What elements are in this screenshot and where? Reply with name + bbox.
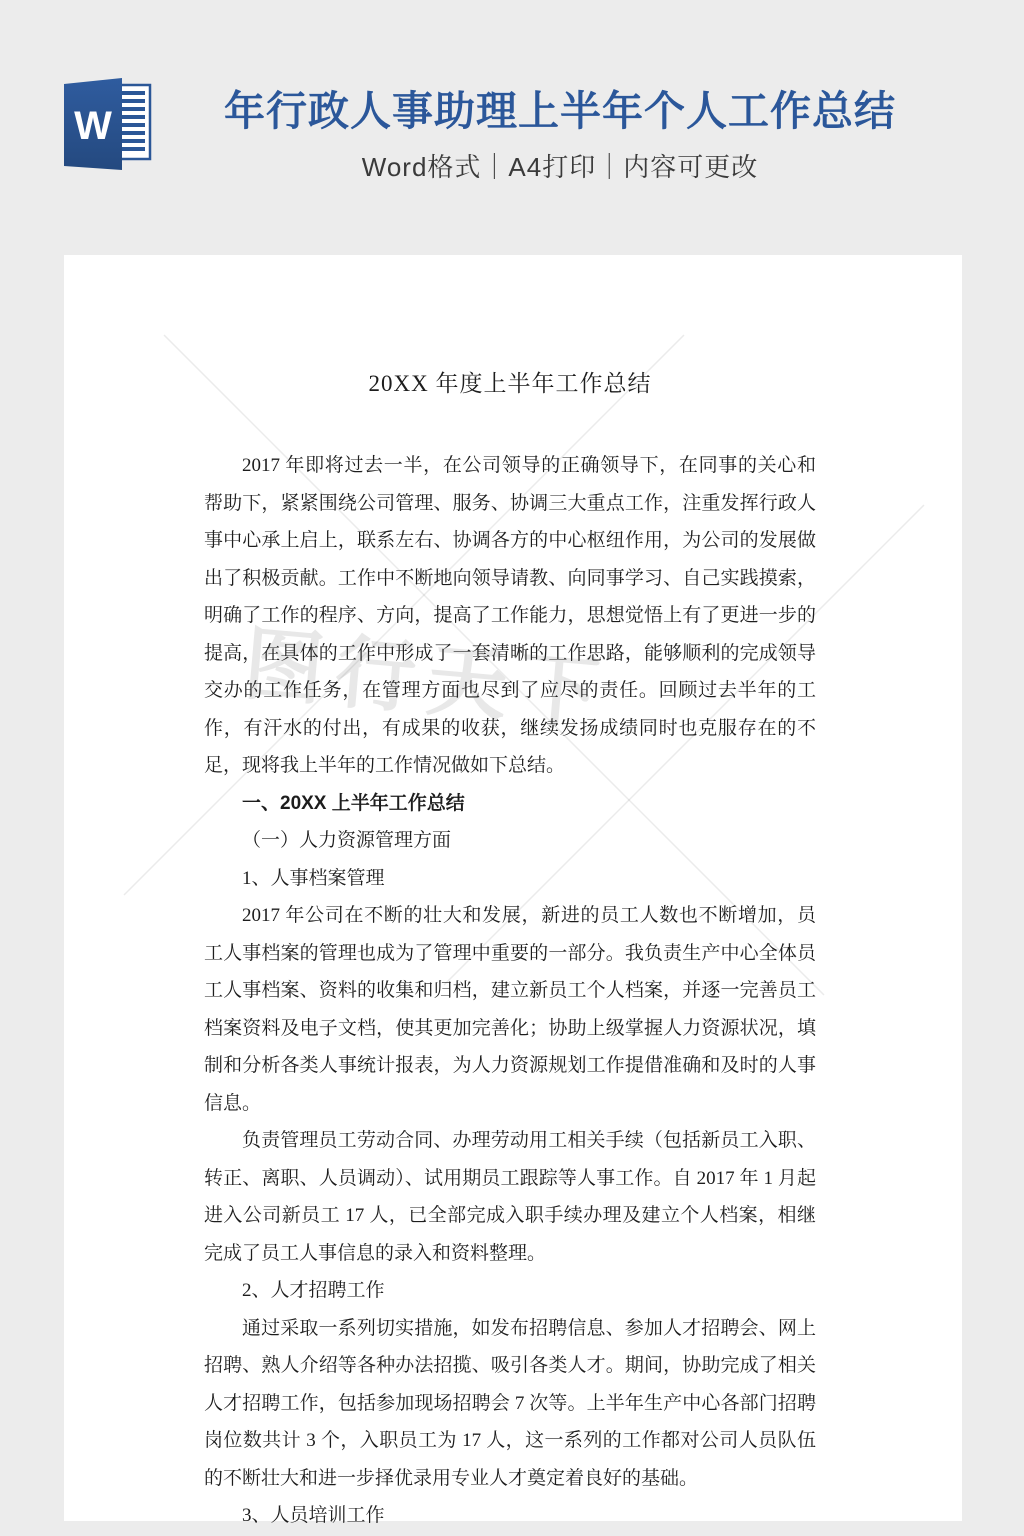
template-title: 年行政人事助理上半年个人工作总结	[96, 88, 1024, 135]
document-paragraph: 一、20XX 上半年工作总结	[204, 785, 816, 823]
document-paragraph: 2017 年即将过去一半，在公司领导的正确领导下，在同事的关心和帮助下，紧紧围绕…	[204, 447, 816, 785]
document-paragraph: 负责管理员工劳动合同、办理劳动用工相关手续（包括新员工入职、转正、离职、人员调动…	[204, 1122, 816, 1272]
document-paragraph: 1、人事档案管理	[204, 860, 816, 898]
template-preview-canvas: { "colors": { "accent_blue": "#2b579a", …	[0, 0, 1024, 1536]
document-paragraph: 3、人员培训工作	[204, 1497, 816, 1535]
document-title: 20XX 年度上半年工作总结	[204, 367, 816, 401]
header: W 年行政人事助理上半年个人工作总结 Word格式｜A4打印｜内容可更改	[0, 0, 1024, 255]
document-body: 2017 年即将过去一半，在公司领导的正确领导下，在同事的关心和帮助下，紧紧围绕…	[204, 447, 816, 1535]
document-paragraph: （一）人力资源管理方面	[204, 822, 816, 860]
document-paragraph: 2、人才招聘工作	[204, 1272, 816, 1310]
document-paragraph: 2017 年公司在不断的壮大和发展，新进的员工人数也不断增加，员工人事档案的管理…	[204, 897, 816, 1122]
header-text: 年行政人事助理上半年个人工作总结 Word格式｜A4打印｜内容可更改	[0, 88, 1024, 184]
document-paragraph: 通过采取一系列切实措施，如发布招聘信息、参加人才招聘会、网上招聘、熟人介绍等各种…	[204, 1310, 816, 1498]
document-page: 图行天下 20XX 年度上半年工作总结 2017 年即将过去一半，在公司领导的正…	[64, 255, 962, 1521]
template-subtitle: Word格式｜A4打印｜内容可更改	[96, 147, 1024, 184]
